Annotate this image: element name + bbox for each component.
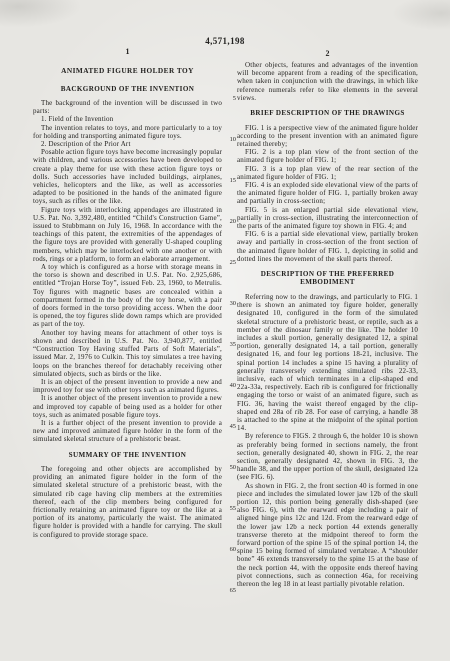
paragraph-fig3: FIG. 3 is a top plan view of the rear se… xyxy=(237,165,418,181)
paragraph-embodiment-2: By reference to FIGS. 2 through 6, the h… xyxy=(237,432,418,481)
text-columns: ANIMATED FIGURE HOLDER TOY BACKGROUND OF… xyxy=(33,60,418,620)
item-field-of-invention: 1. Field of the Invention xyxy=(33,115,222,123)
line-number: 45 xyxy=(222,423,236,430)
paragraph-fig2: FIG. 2 is a top plan view of the front s… xyxy=(237,148,418,164)
paragraph-fig5: FIG. 5 is an enlarged partial side eleva… xyxy=(237,206,418,231)
paragraph-embodiment-3: As shown in FIG. 2, the front section 40… xyxy=(237,482,418,589)
paragraph-object-2: It is another object of the present inve… xyxy=(33,394,222,419)
line-number: 55 xyxy=(222,505,236,512)
paragraph-fig1: FIG. 1 is a perspective view of the anim… xyxy=(237,124,418,149)
line-number: 50 xyxy=(222,464,236,471)
line-number: 5 xyxy=(222,95,236,102)
paragraph-field: The invention relates to toys, and more … xyxy=(33,124,222,140)
paragraph-other-objects: Other objects, features and advantages o… xyxy=(237,61,418,102)
summary-heading: SUMMARY OF THE INVENTION xyxy=(33,451,222,460)
patent-number: 4,571,198 xyxy=(0,36,450,46)
embodiment-heading: DESCRIPTION OF THE PREFERRED EMBODIMENT xyxy=(237,270,418,287)
paragraph-fig4: FIG. 4 is an exploded side elevational v… xyxy=(237,181,418,206)
line-number: 25 xyxy=(222,259,236,266)
paragraph-prior-art-2: Figure toys with interlocking appendages… xyxy=(33,206,222,263)
column-number-right: 2 xyxy=(237,49,418,58)
left-column: ANIMATED FIGURE HOLDER TOY BACKGROUND OF… xyxy=(33,60,222,539)
invention-title: ANIMATED FIGURE HOLDER TOY xyxy=(33,67,222,76)
line-number: 15 xyxy=(222,177,236,184)
paragraph-object-1: It is an object of the present invention… xyxy=(33,378,222,394)
right-column: Other objects, features and advantages o… xyxy=(237,60,418,588)
line-number: 10 xyxy=(222,136,236,143)
background-heading: BACKGROUND OF THE INVENTION xyxy=(33,85,222,94)
paragraph-fig6: FIG. 6 is a partial side elevational vie… xyxy=(237,230,418,263)
line-number: 60 xyxy=(222,546,236,553)
paragraph-embodiment-1: Referring now to the drawings, and parti… xyxy=(237,293,418,432)
drawings-heading: BRIEF DESCRIPTION OF THE DRAWINGS xyxy=(237,109,418,118)
item-prior-art: 2. Description of the Prior Art xyxy=(33,140,222,148)
line-number: 40 xyxy=(222,382,236,389)
patent-page: 4,571,198 1 2 ANIMATED FIGURE HOLDER TOY… xyxy=(0,0,450,661)
paragraph-prior-art-4: Another toy having means for attachment … xyxy=(33,329,222,378)
line-number-gutter: 5 10 15 20 25 30 35 40 45 50 55 60 65 xyxy=(222,60,237,600)
line-number: 65 xyxy=(222,587,236,594)
line-number: 20 xyxy=(222,218,236,225)
paragraph-object-3: It is a further object of the present in… xyxy=(33,419,222,444)
paragraph-prior-art-3: A toy which is configured as a horse wit… xyxy=(33,263,222,329)
paragraph-summary: The foregoing and other objects are acco… xyxy=(33,465,222,539)
paragraph-background-intro: The background of the invention will be … xyxy=(33,99,222,115)
column-number-left: 1 xyxy=(33,47,222,56)
paragraph-prior-art-1: Posable action figure toys have become i… xyxy=(33,148,222,205)
line-number: 30 xyxy=(222,300,236,307)
line-number: 35 xyxy=(222,341,236,348)
